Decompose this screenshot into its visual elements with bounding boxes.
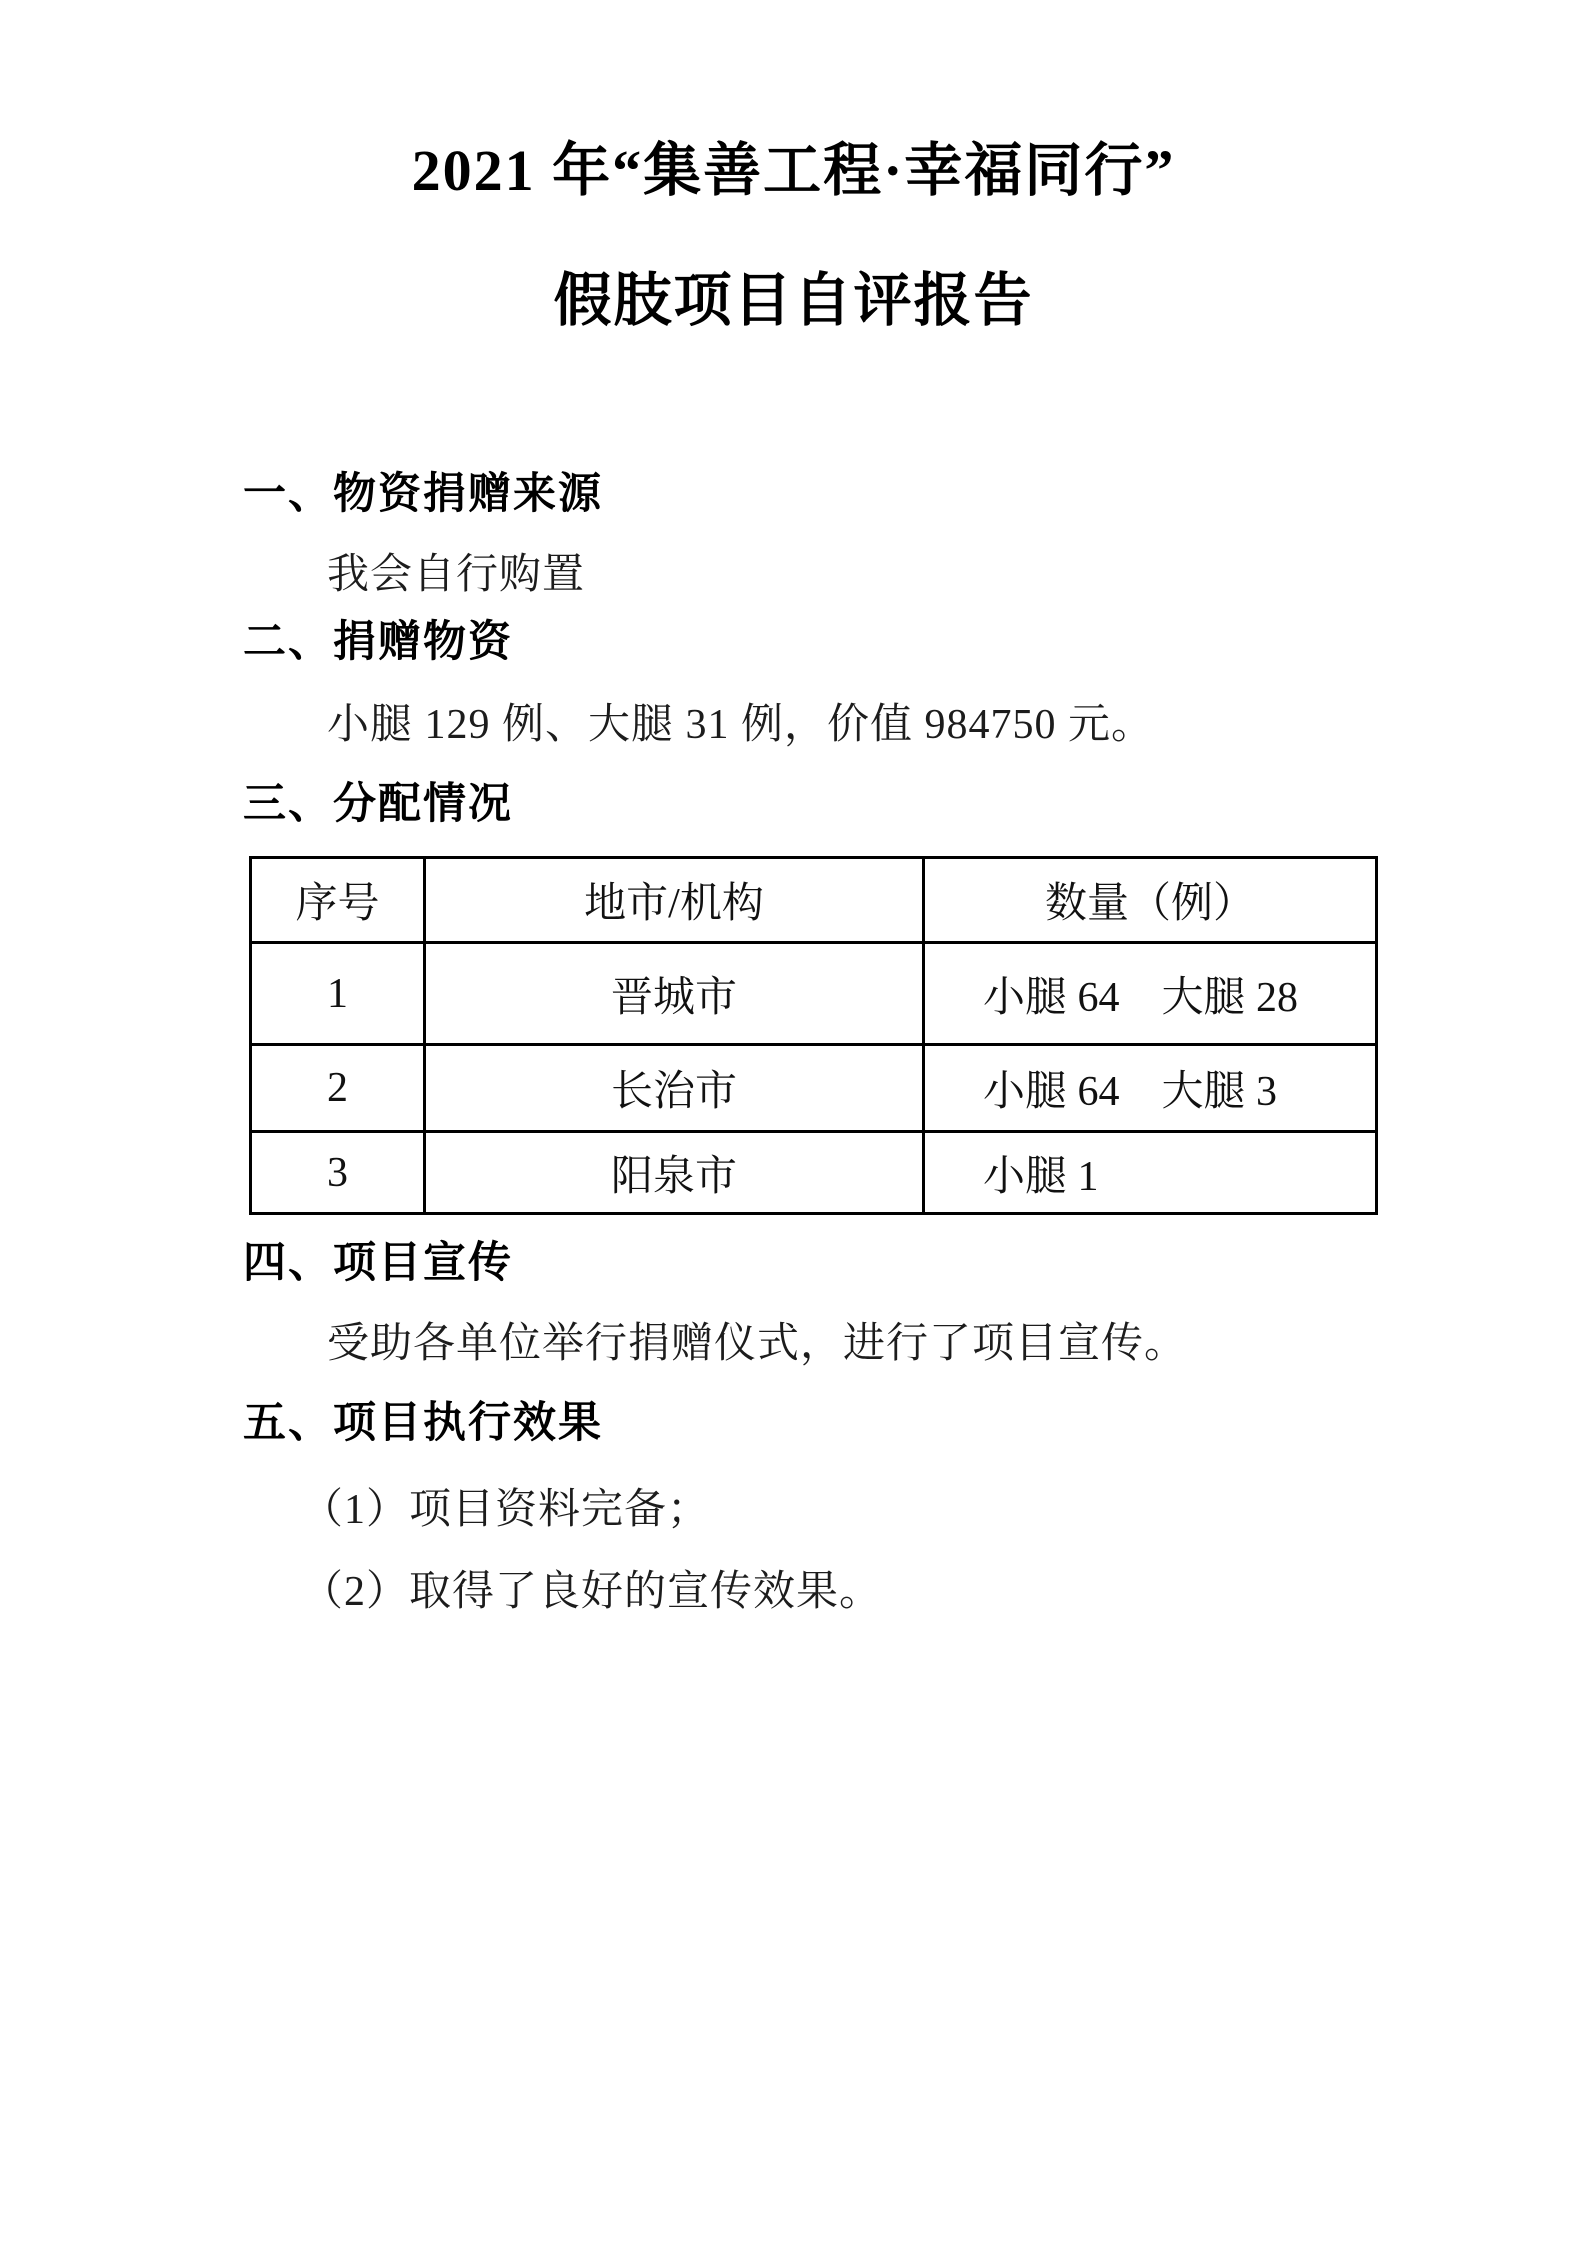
city-cell: 长治市 <box>425 1045 924 1132</box>
title-line-2: 假肢项目自评报告 <box>0 265 1587 337</box>
serial-cell: 3 <box>251 1132 425 1214</box>
table-header-city: 地市/机构 <box>425 858 924 943</box>
table-row: 1 晋城市 小腿 64 大腿 28 <box>251 943 1377 1045</box>
section-1-heading: 一、物资捐赠来源 <box>243 468 1376 522</box>
section-1-paragraph: 我会自行购置 <box>243 548 1376 602</box>
table-header-serial: 序号 <box>251 858 425 943</box>
section-4-heading: 四、项目宣传 <box>243 1237 1376 1291</box>
effect-item-1: （1）项目资料完备； <box>243 1483 1376 1537</box>
section-4-paragraph: 受助各单位举行捐赠仪式，进行了项目宣传。 <box>243 1317 1376 1371</box>
allocation-table: 序号 地市/机构 数量（例） 1 晋城市 小腿 64 大腿 28 2 长治市 小… <box>249 856 1378 1215</box>
table-header-quantity: 数量（例） <box>924 858 1377 943</box>
section-3-heading: 三、分配情况 <box>243 778 1376 832</box>
document-content: 2021 年“集善工程·幸福同行” 假肢项目自评报告 一、物资捐赠来源 我会自行… <box>0 135 1587 1619</box>
serial-cell: 1 <box>251 943 425 1045</box>
section-2-paragraph: 小腿 129 例、大腿 31 例，价值 984750 元。 <box>243 698 1376 752</box>
document-title: 2021 年“集善工程·幸福同行” 假肢项目自评报告 <box>0 135 1587 337</box>
section-5-heading: 五、项目执行效果 <box>243 1397 1376 1451</box>
table-row: 2 长治市 小腿 64 大腿 3 <box>251 1045 1377 1132</box>
section-2-heading: 二、捐赠物资 <box>243 616 1376 670</box>
effect-item-2: （2）取得了良好的宣传效果。 <box>243 1565 1376 1619</box>
city-cell: 晋城市 <box>425 943 924 1045</box>
quantity-cell: 小腿 64 大腿 3 <box>924 1045 1377 1132</box>
serial-cell: 2 <box>251 1045 425 1132</box>
table-row: 3 阳泉市 小腿 1 <box>251 1132 1377 1214</box>
quantity-cell: 小腿 1 <box>924 1132 1377 1214</box>
table-header-row: 序号 地市/机构 数量（例） <box>251 858 1377 943</box>
quantity-cell: 小腿 64 大腿 28 <box>924 943 1377 1045</box>
city-cell: 阳泉市 <box>425 1132 924 1214</box>
document-page: 2021 年“集善工程·幸福同行” 假肢项目自评报告 一、物资捐赠来源 我会自行… <box>0 0 1587 2245</box>
title-line-1: 2021 年“集善工程·幸福同行” <box>0 135 1587 207</box>
